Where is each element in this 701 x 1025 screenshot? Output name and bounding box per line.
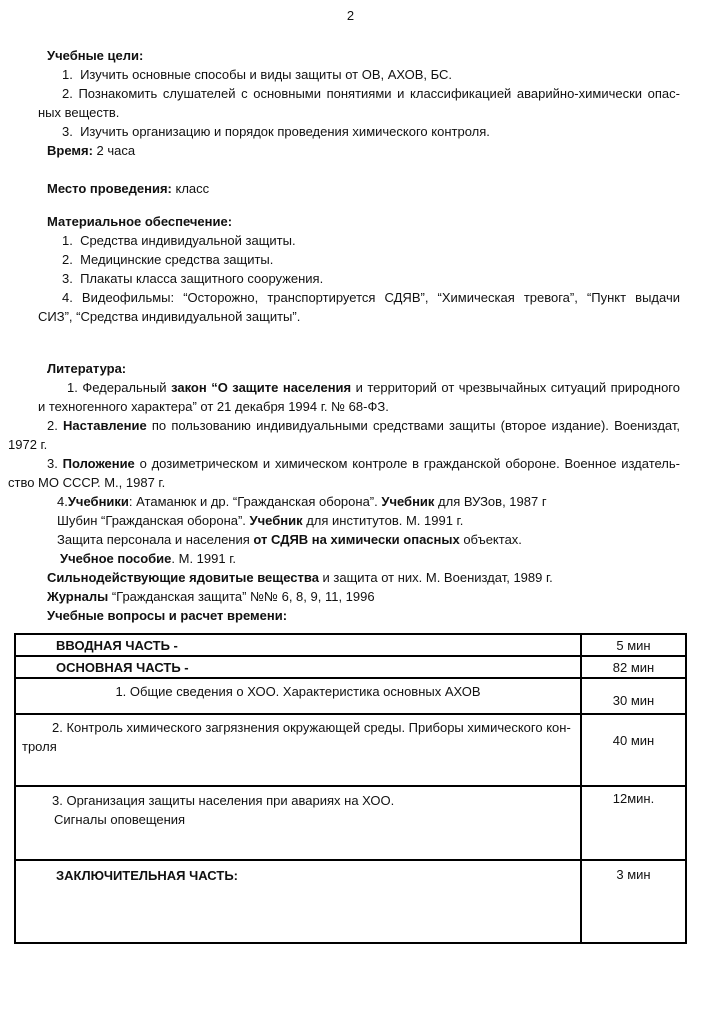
material-item-2: 2. Медицинские средства защиты. <box>62 250 701 269</box>
row-topic-1: 1. Общие сведения о ХОО. Характеристика … <box>16 677 685 713</box>
lit-item-5: Сильнодействующие ядовитые вещества и за… <box>47 568 701 587</box>
lit-item-4c: Защита персонала и населения от СДЯВ на … <box>57 530 701 549</box>
text: ных веществ. <box>38 105 119 120</box>
bold-text: Учебные цели: <box>47 48 143 63</box>
text: 3. Плакаты класса защитного сооружения. <box>62 271 323 286</box>
lit-item-2-cont: 1972 г. <box>8 435 701 454</box>
text: для институтов. М. 1991 г. <box>303 513 464 528</box>
text: 1. Общие сведения о ХОО. Характеристика … <box>115 684 480 699</box>
lit-item-4: 4.Учебники: Атаманюк и др. “Гражданская … <box>57 492 701 511</box>
topic-cell: 3. Организация защиты населения при авар… <box>16 787 582 859</box>
goals-heading: Учебные цели: <box>47 46 701 65</box>
topic-cell: 2. Контроль химического загрязнения окру… <box>16 715 582 785</box>
lit-item-1-cont: и техногенного характера” от 21 декабря … <box>38 397 701 416</box>
text: объектах. <box>460 532 522 547</box>
row-main: ОСНОВНАЯ ЧАСТЬ -82 мин <box>16 655 685 677</box>
bold-text: Положение <box>63 456 135 471</box>
bold-text: Место проведения: <box>47 181 172 196</box>
bold-text: Время: <box>47 143 93 158</box>
text: по пользованию индивидуальными средствам… <box>147 418 680 433</box>
text: 2 часа <box>93 143 135 158</box>
page-number: 2 <box>0 0 701 25</box>
text: 2. Познакомить слушателей с основными по… <box>62 86 680 101</box>
bold-text: от СДЯВ на химически опасных <box>253 532 459 547</box>
material-item-4-cont: СИЗ”, “Средства индивидуальной защиты”. <box>38 307 701 326</box>
text: и территорий от чрезвычайных ситуаций пр… <box>351 380 680 395</box>
topic-line: ЗАКЛЮЧИТЕЛЬНАЯ ЧАСТЬ: <box>56 866 580 885</box>
bold-text: Учебные вопросы и расчет времени: <box>47 608 287 623</box>
lit-item-4d: Учебное пособие. М. 1991 г. <box>60 549 701 568</box>
duration-cell: 5 мин <box>582 635 685 655</box>
text: о дозиметрическом и химическом контроле … <box>135 456 680 471</box>
lit-item-3: 3. Положение о дозиметрическом и химичес… <box>47 454 680 473</box>
text: 1972 г. <box>8 437 47 452</box>
text: 3. Организация защиты населения при авар… <box>52 793 394 808</box>
topic-cell: 1. Общие сведения о ХОО. Характеристика … <box>16 679 582 713</box>
topic-cell: ОСНОВНАЯ ЧАСТЬ - <box>16 657 582 677</box>
topic-line: 2. Контроль химического загрязнения окру… <box>52 718 580 737</box>
text: 4. <box>57 494 68 509</box>
section-literature: Литература:1. Федеральный закон “О защит… <box>0 359 701 625</box>
bold-text: Наставление <box>63 418 147 433</box>
text: Шубин “Гражданская оборона”. <box>57 513 250 528</box>
row-topic-2: 2. Контроль химического загрязнения окру… <box>16 713 685 785</box>
text: 1. Средства индивидуальной защиты. <box>62 233 296 248</box>
duration-cell: 12мин. <box>582 787 685 859</box>
bold-text: Учебник <box>381 494 434 509</box>
lit-item-1: 1. Федеральный закон “О защите населения… <box>67 378 680 397</box>
literature-heading: Литература: <box>47 359 701 378</box>
schedule-table: ВВОДНАЯ ЧАСТЬ -5 минОСНОВНАЯ ЧАСТЬ -82 м… <box>14 633 687 944</box>
section-materials: Материальное обеспечение:1. Средства инд… <box>0 212 701 326</box>
topic-cell: ВВОДНАЯ ЧАСТЬ - <box>16 635 582 655</box>
topic-line: 3. Организация защиты населения при авар… <box>52 791 580 810</box>
bold-text: ОСНОВНАЯ ЧАСТЬ - <box>56 660 189 675</box>
duration-cell: 30 мин <box>582 679 685 713</box>
text: 1. Изучить основные способы и виды защит… <box>62 67 452 82</box>
text: 2. Контроль химического загрязнения окру… <box>52 720 571 735</box>
text: СИЗ”, “Средства индивидуальной защиты”. <box>38 309 300 324</box>
section-venue: Место проведения: класс <box>0 179 701 198</box>
text: 2. <box>47 418 63 433</box>
text: ство МО СССР. М., 1987 г. <box>8 475 165 490</box>
row-topic-3: 3. Организация защиты населения при авар… <box>16 785 685 859</box>
materials-heading: Материальное обеспечение: <box>47 212 701 231</box>
section-goals: Учебные цели:1. Изучить основные способы… <box>0 46 701 160</box>
topic-line: Сигналы оповещения <box>54 810 580 829</box>
lit-item-4b: Шубин “Гражданская оборона”. Учебник для… <box>57 511 701 530</box>
duration-cell: 3 мин <box>582 861 685 942</box>
questions-heading: Учебные вопросы и расчет времени: <box>47 606 701 625</box>
bold-text: Учебное пособие <box>60 551 171 566</box>
topic-line: ВВОДНАЯ ЧАСТЬ - <box>56 636 580 655</box>
duration-cell: 82 мин <box>582 657 685 677</box>
bold-text: ЗАКЛЮЧИТЕЛЬНАЯ ЧАСТЬ: <box>56 868 238 883</box>
bold-text: Учебник <box>250 513 303 528</box>
time-line: Время: 2 часа <box>47 141 701 160</box>
text: 1. Федеральный <box>67 380 171 395</box>
text: троля <box>22 739 57 754</box>
topic-line: троля <box>22 737 580 756</box>
venue-line: Место проведения: класс <box>47 179 701 198</box>
text: 2. Медицинские средства защиты. <box>62 252 273 267</box>
text: и защита от них. М. Воениздат, 1989 г. <box>319 570 553 585</box>
text: . М. 1991 г. <box>171 551 236 566</box>
text: класс <box>172 181 209 196</box>
text: и техногенного характера” от 21 декабря … <box>38 399 389 414</box>
bold-text: Материальное обеспечение: <box>47 214 232 229</box>
lit-item-3-cont: ство МО СССР. М., 1987 г. <box>8 473 701 492</box>
row-final: ЗАКЛЮЧИТЕЛЬНАЯ ЧАСТЬ:3 мин <box>16 859 685 942</box>
text: “Гражданская защита” №№ 6, 8, 9, 11, 199… <box>108 589 374 604</box>
material-item-4: 4. Видеофильмы: “Осторожно, транспортиру… <box>62 288 680 307</box>
document-page: 2 Учебные цели:1. Изучить основные спосо… <box>0 0 701 1025</box>
row-intro: ВВОДНАЯ ЧАСТЬ -5 мин <box>16 635 685 655</box>
topic-line: 1. Общие сведения о ХОО. Характеристика … <box>16 682 580 701</box>
goal-item-2: 2. Познакомить слушателей с основными по… <box>62 84 680 103</box>
bold-text: Журналы <box>47 589 108 604</box>
bold-text: Сильнодействующие ядовитые вещества <box>47 570 319 585</box>
text: 3. Изучить организацию и порядок проведе… <box>62 124 490 139</box>
topic-line: ОСНОВНАЯ ЧАСТЬ - <box>56 658 580 677</box>
goal-item-3: 3. Изучить организацию и порядок проведе… <box>62 122 701 141</box>
topic-cell: ЗАКЛЮЧИТЕЛЬНАЯ ЧАСТЬ: <box>16 861 582 942</box>
bold-text: ВВОДНАЯ ЧАСТЬ - <box>56 638 178 653</box>
text: 4. Видеофильмы: “Осторожно, транспортиру… <box>62 290 680 305</box>
lit-item-2: 2. Наставление по пользованию индивидуал… <box>47 416 680 435</box>
bold-text: Учебники <box>68 494 129 509</box>
duration-cell: 40 мин <box>582 715 685 785</box>
text: : Атаманюк и др. “Гражданская оборона”. <box>129 494 381 509</box>
bold-text: Литература: <box>47 361 126 376</box>
document-body: Учебные цели:1. Изучить основные способы… <box>0 46 701 625</box>
lit-item-6: Журналы “Гражданская защита” №№ 6, 8, 9,… <box>47 587 701 606</box>
text: для ВУЗов, 1987 г <box>434 494 546 509</box>
goal-item-2-cont: ных веществ. <box>38 103 701 122</box>
material-item-1: 1. Средства индивидуальной защиты. <box>62 231 701 250</box>
text: Защита персонала и населения <box>57 532 253 547</box>
text: Сигналы оповещения <box>54 812 185 827</box>
text: 3. <box>47 456 63 471</box>
material-item-3: 3. Плакаты класса защитного сооружения. <box>62 269 701 288</box>
bold-text: закон “О защите населения <box>171 380 351 395</box>
goal-item-1: 1. Изучить основные способы и виды защит… <box>62 65 701 84</box>
